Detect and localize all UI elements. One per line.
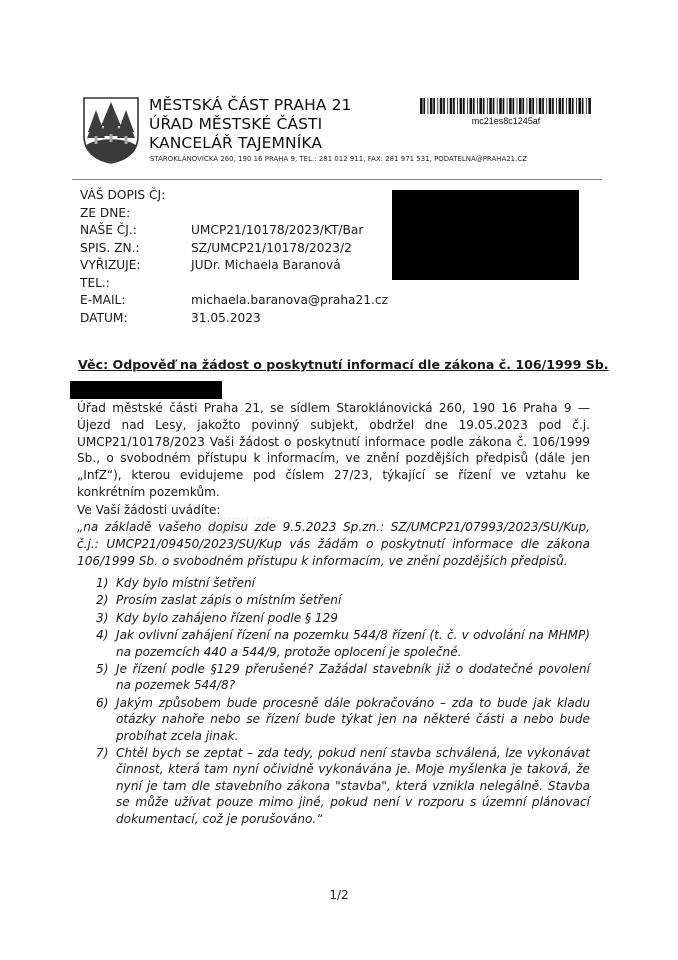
question-text: Je řízení podle §129 přerušené? Zažádal … (116, 662, 590, 692)
question-list: 1)Kdy bylo místní šetření2)Prosím zaslat… (96, 575, 590, 828)
question-text: Prosím zaslat zápis o místním šetření (116, 593, 341, 607)
question-number: 4) (96, 627, 108, 643)
org-name-line-3: KANCELÁŘ TAJEMNÍKA (149, 134, 322, 152)
meta-label: TEL.: (80, 276, 110, 291)
question-text: Jak ovlivní zahájení řízení na pozemku 5… (116, 628, 590, 658)
meta-value: 31.05.2023 (191, 311, 261, 326)
question-number: 7) (96, 745, 108, 761)
meta-label: NAŠE ČJ.: (80, 223, 137, 238)
header-divider (72, 179, 602, 180)
question-text: Kdy bylo zahájeno řízení podle § 129 (116, 611, 338, 625)
page-number: 1/2 (0, 888, 678, 902)
letter-subject: Věc: Odpověď na žádost o poskytnutí info… (78, 357, 609, 372)
body-paragraph: Úřad městské části Praha 21, se sídlem S… (77, 400, 590, 501)
meta-label: VYŘIZUJE: (80, 258, 141, 273)
question-item: 5)Je řízení podle §129 přerušené? Zažáda… (96, 661, 590, 694)
question-text: Kdy bylo místní šetření (116, 576, 255, 590)
question-number: 6) (96, 695, 108, 711)
meta-value: JUDr. Michaela Baranová (191, 258, 341, 273)
question-item: 1)Kdy bylo místní šetření (96, 575, 590, 591)
question-number: 3) (96, 610, 108, 626)
quoted-request: „na základě vašeho dopisu zde 9.5.2023 S… (77, 519, 590, 569)
meta-value: SZ/UMCP21/10178/2023/2 (191, 241, 352, 256)
meta-label: VÁŠ DOPIS ČJ: (80, 188, 165, 203)
question-item: 3)Kdy bylo zahájeno řízení podle § 129 (96, 610, 590, 626)
meta-label: E-MAIL: (80, 293, 125, 308)
barcode-icon (420, 98, 592, 114)
question-number: 5) (96, 661, 108, 677)
meta-value: michaela.baranova@praha21.cz (191, 293, 388, 308)
meta-label: SPIS. ZN.: (80, 241, 140, 256)
org-name-line-1: MĚSTSKÁ ČÁST PRAHA 21 (149, 96, 352, 114)
redacted-salutation (70, 381, 222, 399)
org-name-line-2: ÚŘAD MĚSTSKÉ ČÁSTI (149, 115, 322, 133)
question-text: Chtěl bych se zeptat – zda tedy, pokud n… (116, 746, 590, 826)
question-item: 6)Jakým způsobem bude procesně dále pokr… (96, 695, 590, 744)
meta-label: DATUM: (80, 311, 128, 326)
faint-stamp: ÚŘAD MĚSTSKÉ ČÁSTI PRAHA 21 (195, 515, 287, 578)
meta-label: ZE DNE: (80, 206, 130, 221)
question-number: 1) (96, 575, 108, 591)
question-item: 7)Chtěl bych se zeptat – zda tedy, pokud… (96, 745, 590, 827)
meta-value: UMCP21/10178/2023/KT/Bar (191, 223, 363, 238)
question-item: 4)Jak ovlivní zahájení řízení na pozemku… (96, 627, 590, 660)
redacted-recipient-address (392, 190, 579, 280)
quote-intro: Ve Vaší žádosti uvádíte: (77, 503, 220, 517)
org-address: STAROKLÁNOVICKÁ 260, 190 16 PRAHA 9, TEL… (150, 155, 527, 163)
coat-of-arms-trees-icon (82, 96, 140, 164)
barcode-text: mc21es8c1245af (420, 116, 592, 126)
question-text: Jakým způsobem bude procesně dále pokrač… (116, 696, 590, 743)
question-item: 2)Prosím zaslat zápis o místním šetření (96, 592, 590, 608)
question-number: 2) (96, 592, 108, 608)
